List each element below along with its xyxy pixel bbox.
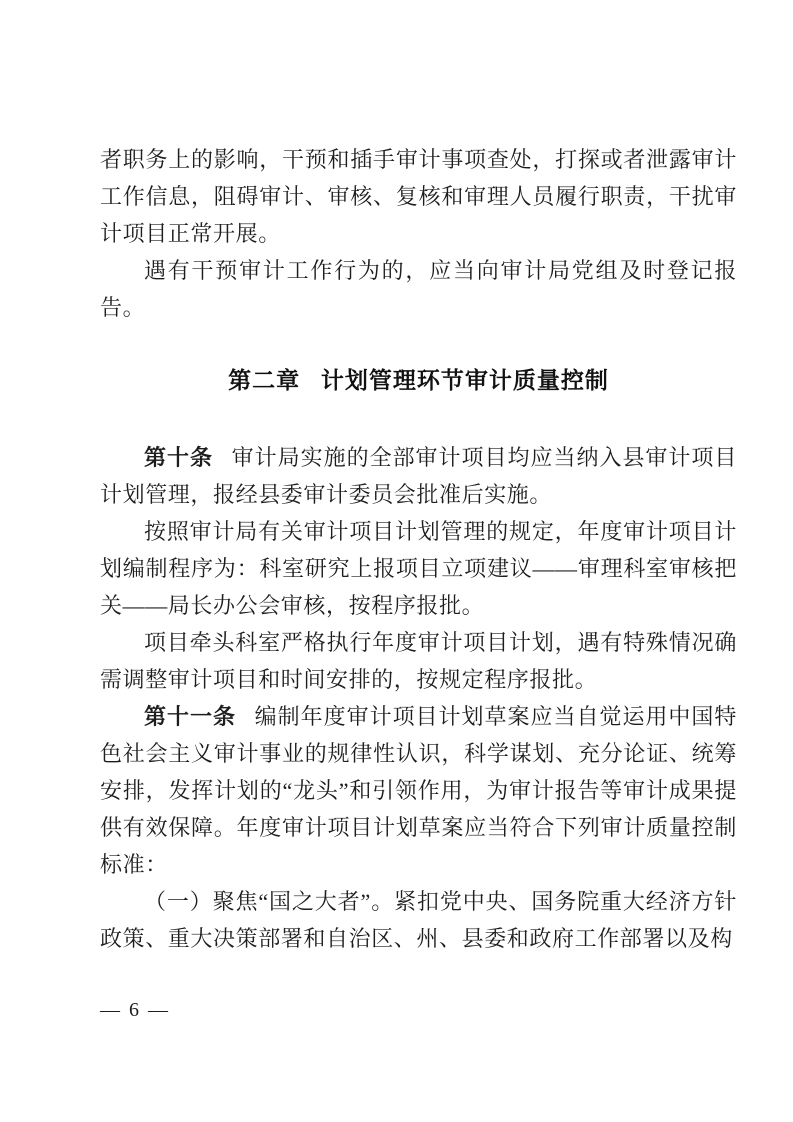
paragraph: 第十一条编制年度审计项目计划草案应当自觉运用中国特色社会主义审计事业的规律性认识… [100,698,737,883]
paragraph-text: 按照审计局有关审计项目计划管理的规定，年度审计项目计划编制程序为：科室研究上报项… [100,519,737,618]
paragraph-text: 编制年度审计项目计划草案应当自觉运用中国特色社会主义审计事业的规律性认识，科学谋… [100,704,737,877]
paragraph-text: （一）聚焦“国之大者”。紧扣党中央、国务院重大经济方针政策、重大决策部署和自治区… [100,889,737,951]
paragraph: 者职务上的影响，干预和插手审计事项查处，打探或者泄露审计工作信息，阻碍审计、审核… [100,141,737,252]
page-number: — 6 — [100,996,170,1024]
paragraph-text: 者职务上的影响，干预和插手审计事项查处，打探或者泄露审计工作信息，阻碍审计、审核… [100,147,737,246]
document-page: 者职务上的影响，干预和插手审计事项查处，打探或者泄露审计工作信息，阻碍审计、审核… [0,0,793,1122]
paragraph-text: 遇有干预审计工作行为的，应当向审计局党组及时登记报告。 [100,258,737,320]
paragraph: 项目牵头科室严格执行年度审计项目计划，遇有特殊情况确需调整审计项目和时间安排的，… [100,624,737,698]
article-number: 第十条 [144,445,213,470]
paragraph: 按照审计局有关审计项目计划管理的规定，年度审计项目计划编制程序为：科室研究上报项… [100,513,737,624]
article-number: 第十一条 [144,704,236,729]
paragraph-text: 项目牵头科室严格执行年度审计项目计划，遇有特殊情况确需调整审计项目和时间安排的，… [100,630,737,692]
paragraph: 遇有干预审计工作行为的，应当向审计局党组及时登记报告。 [100,252,737,326]
paragraph: 第十条审计局实施的全部审计项目均应当纳入县审计项目计划管理，报经县委审计委员会批… [100,439,737,513]
document-body: 者职务上的影响，干预和插手审计事项查处，打探或者泄露审计工作信息，阻碍审计、审核… [100,141,737,957]
chapter-heading: 第二章计划管理环节审计质量控制 [100,362,737,399]
chapter-number: 第二章 [228,367,300,393]
chapter-title: 计划管理环节审计质量控制 [321,367,609,393]
paragraph: （一）聚焦“国之大者”。紧扣党中央、国务院重大经济方针政策、重大决策部署和自治区… [100,883,737,957]
